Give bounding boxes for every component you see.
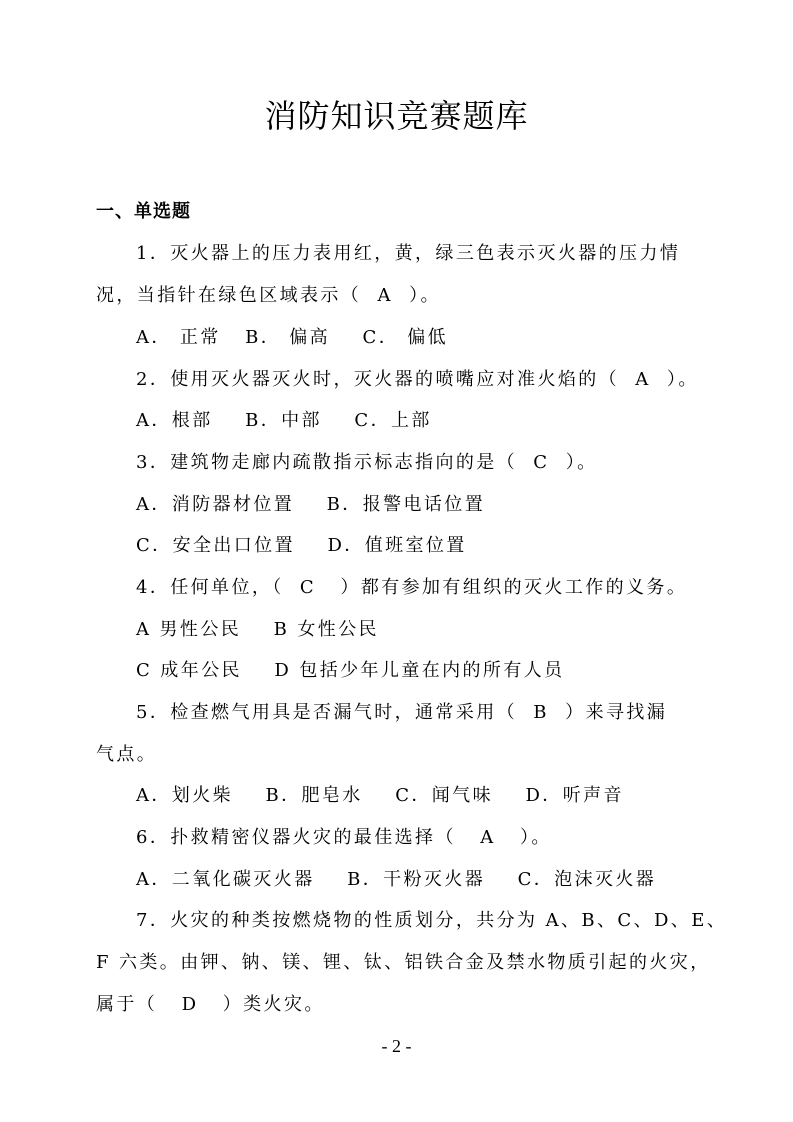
text-line: A．二氧化碳灭火器 B．干粉灭火器 C．泡沫灭火器 — [136, 866, 706, 894]
page-number: - 2 - — [0, 1034, 793, 1058]
text-line: C 成年公民 D 包括少年儿童在内的所有人员 — [136, 657, 706, 685]
text-line: 3．建筑物走廊内疏散指示标志指向的是（ C ）。 — [136, 449, 706, 477]
text-line: A．划火柴 B．肥皂水 C．闻气味 D．听声音 — [136, 782, 706, 810]
text-line: A． 正常 B． 偏高 C． 偏低 — [136, 324, 706, 352]
text-line: 2．使用灭火器灭火时，灭火器的喷嘴应对准火焰的（ A ）。 — [136, 366, 706, 394]
text-line: 4．任何单位，（ C ）都有参加有组织的灭火工作的义务。 — [136, 574, 706, 602]
text-line: 况，当指针在绿色区域表示（ A ）。 — [96, 282, 706, 310]
text-line: A．根部 B．中部 C．上部 — [136, 407, 706, 435]
text-line: 6．扑救精密仪器火灾的最佳选择（ A ）。 — [136, 824, 706, 852]
page-title: 消防知识竞赛题库 — [0, 94, 793, 138]
text-line: F 六类。由钾、钠、镁、锂、钛、铝铁合金及禁水物质引起的火灾， — [96, 949, 706, 977]
section-heading: 一、单选题 — [96, 198, 191, 226]
text-line: 1．灭火器上的压力表用红，黄，绿三色表示灭火器的压力情 — [136, 240, 706, 268]
text-line: 气点。 — [96, 741, 706, 769]
text-line: A 男性公民 B 女性公民 — [136, 616, 706, 644]
document-page: 消防知识竞赛题库 一、单选题 1．灭火器上的压力表用红，黄，绿三色表示灭火器的压… — [0, 0, 793, 1122]
text-line: 属于（ D ）类火灾。 — [96, 991, 706, 1019]
text-line: C．安全出口位置 D．值班室位置 — [136, 532, 706, 560]
text-line: 5．检查燃气用具是否漏气时，通常采用（ B ）来寻找漏 — [136, 699, 706, 727]
text-line: 7．火灾的种类按燃烧物的性质划分，共分为 A、B、C、D、E、 — [136, 907, 706, 935]
text-line: A．消防器材位置 B．报警电话位置 — [136, 491, 706, 519]
